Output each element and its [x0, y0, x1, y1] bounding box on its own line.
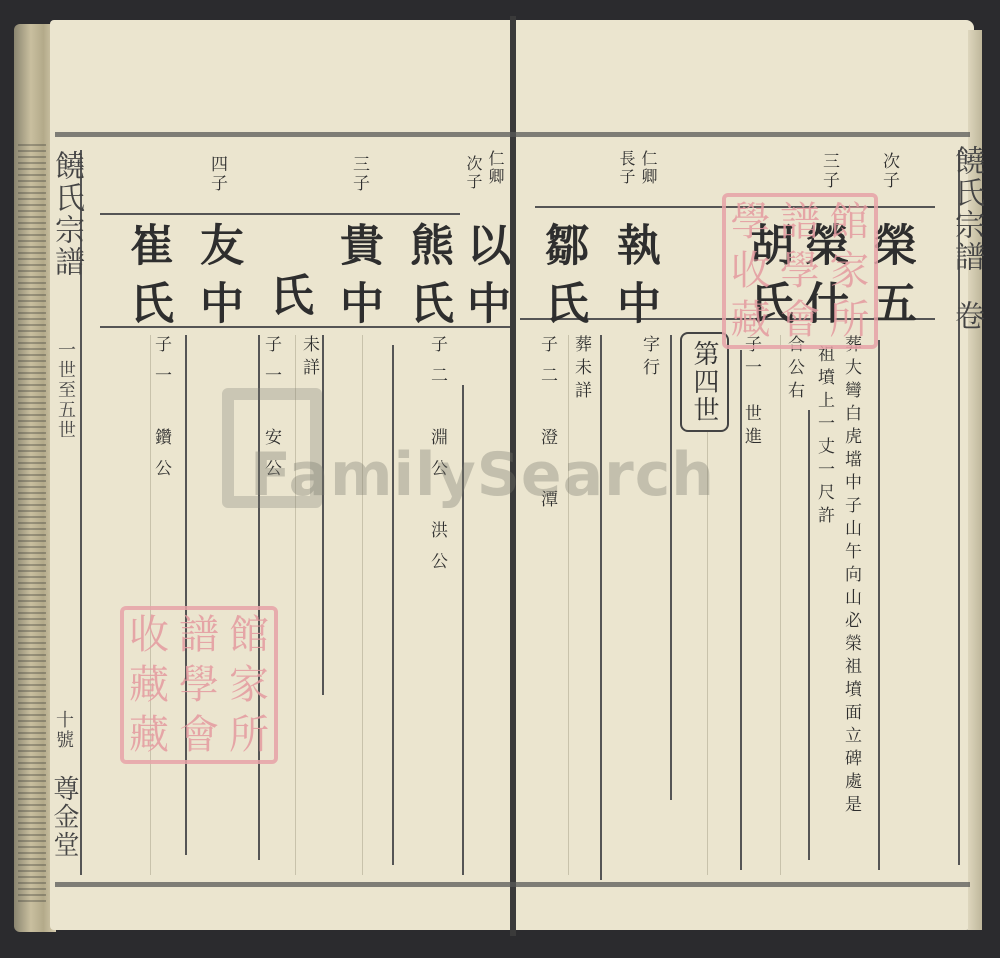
relation-label: 三子 [820, 152, 837, 190]
person-name: 貴中 [335, 222, 379, 338]
left-spine-page: 十號 [50, 710, 76, 750]
column-line-light [568, 335, 569, 875]
column-line [600, 335, 602, 880]
frame-bottom-rule [55, 882, 970, 887]
spouse-name: 氏 [265, 272, 309, 330]
relation-label: 長子 [618, 150, 634, 186]
parent-label: 仁卿 [640, 150, 656, 186]
relation-label: 四子 [208, 155, 225, 193]
left-spine-hall: 尊金堂 [46, 775, 83, 859]
note: 未詳 [300, 335, 317, 381]
person-name: 以中 [462, 222, 506, 338]
collection-seal-left: 收譜館 藏學家 藏會所 [120, 606, 278, 764]
column-line [670, 335, 672, 800]
column-line [878, 340, 880, 870]
burial-note: 葬未詳 [572, 335, 589, 404]
right-spine-title: 饒氏宗譜 [944, 145, 988, 273]
header-rule-left [100, 213, 460, 215]
generation-label: 第四世 [680, 332, 729, 432]
person-name: 友中 [195, 222, 239, 338]
column-line-light [362, 335, 363, 875]
column-line [808, 410, 810, 860]
right-spine-volume: 卷 [944, 300, 988, 332]
column-line [392, 345, 394, 865]
spouse-name: 鄒氏 [540, 222, 584, 338]
burial-note: 葬大彎白虎壋中子山午向山必榮祖墳面立碑處是 [842, 335, 859, 818]
watermark: FamilySearch [250, 440, 715, 510]
parent-label: 仁卿 [487, 150, 503, 186]
relation-label: 次子 [880, 152, 897, 190]
frame-top-rule [55, 132, 970, 137]
person-name: 執中 [612, 222, 656, 338]
spouse-name: 熊氏 [405, 222, 449, 338]
column-line-light [780, 335, 781, 875]
spouse-name: 崔氏 [125, 222, 169, 338]
collection-seal-right: 學譜館 收學家 藏會所 [722, 193, 878, 349]
relation-label: 次子 [465, 155, 481, 191]
children-note: 子一 世進 [742, 335, 759, 450]
left-spine-section: 一世至五世 [52, 340, 78, 440]
burial-note-2: 祖墳上一丈一尺許 [815, 345, 832, 529]
column-line [322, 335, 324, 695]
relation-label: 三子 [350, 155, 367, 193]
left-spine-title: 饒氏宗譜 [44, 150, 88, 278]
children-note: 子一 鑽公 [152, 335, 169, 490]
column-line [185, 335, 187, 855]
style-name-note: 字行 [640, 335, 657, 381]
